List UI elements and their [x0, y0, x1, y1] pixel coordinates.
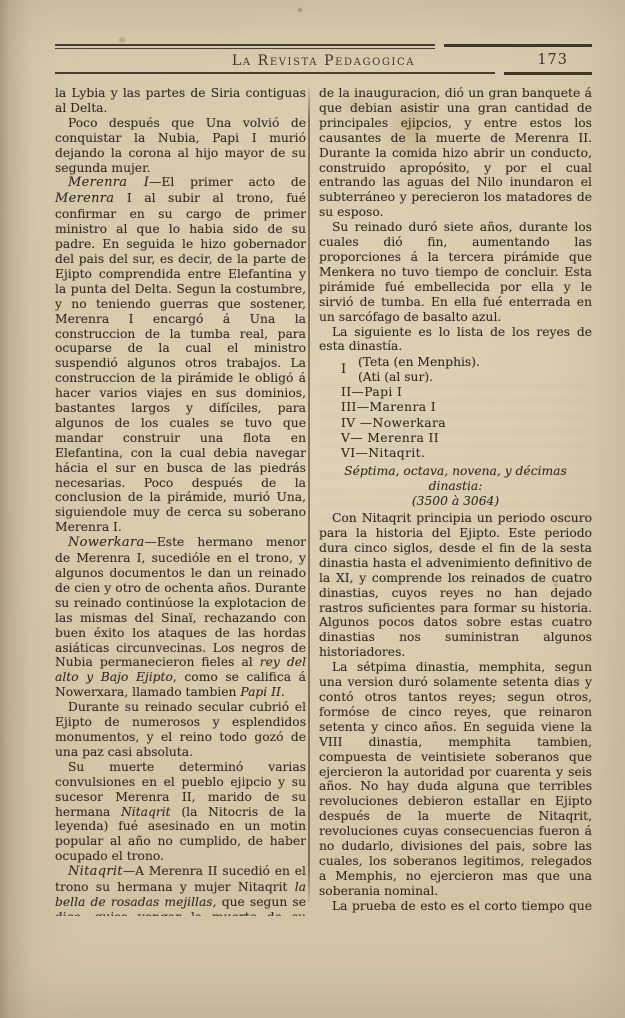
- king-list-item: II—Papi I: [341, 385, 592, 400]
- rule-segment: [55, 72, 495, 74]
- left-column: la Lybia y las partes de Siria contiguas…: [55, 86, 306, 916]
- rule-segment: [444, 44, 592, 48]
- paragraph: Durante su reinado secular cubrió el Eji…: [55, 700, 306, 760]
- paragraph: La prueba de esto es el corto tiempo que…: [319, 899, 592, 916]
- section-heading-line: Séptima, octava, novena, y décimas dinas…: [319, 464, 592, 494]
- paragraph: Poco después que Una volvió de conquista…: [55, 116, 306, 176]
- right-column: de la inauguracion, dió un gran banquete…: [319, 86, 592, 916]
- header-title-row: La Revista Pedagogica 173: [55, 50, 592, 72]
- section-heading: Séptima, octava, novena, y décimas dinas…: [319, 464, 592, 509]
- header-bottom-rule: [55, 72, 592, 75]
- header-top-rule: [55, 44, 592, 49]
- page-number: 173: [537, 52, 568, 68]
- king-name-line: (Teta (en Menphis).: [358, 355, 480, 370]
- king-list-item: IV —Nowerkara: [341, 416, 592, 431]
- paragraph: Con Nitaqrit principia un periodo oscuro…: [319, 511, 592, 660]
- paragraph: Su reinado duró siete años, durante los …: [319, 220, 592, 324]
- paragraph: Su muerte determinó varias convulsiones …: [55, 760, 306, 864]
- paragraph: de la inauguracion, dió un gran banquete…: [319, 86, 592, 220]
- page-header: La Revista Pedagogica 173: [55, 44, 592, 75]
- journal-title: La Revista Pedagogica: [232, 53, 415, 69]
- paragraph: la Lybia y las partes de Siria contiguas…: [55, 86, 306, 116]
- section-heading-line: (3500 à 3064): [319, 494, 592, 509]
- rule-segment: [55, 44, 435, 49]
- column-divider-rule: [308, 88, 310, 902]
- king-numeral: I: [341, 363, 358, 378]
- king-name-line: (Ati (al sur).: [358, 370, 480, 385]
- scanned-page: La Revista Pedagogica 173 la Lybia y las…: [0, 0, 625, 1018]
- king-list-item: V— Merenra II: [341, 431, 592, 446]
- king-list-item: III—Marenra I: [341, 400, 592, 415]
- paragraph: Merenra I—El primer acto de Merenra I al…: [55, 175, 306, 535]
- paragraph: La sétpima dinastia, memphita, segun una…: [319, 660, 592, 899]
- king-list-item: I (Teta (en Menphis). (Ati (al sur).: [341, 355, 592, 385]
- paragraph: La siguiente es lo lista de los reyes de…: [319, 325, 592, 355]
- dynasty-king-list: I (Teta (en Menphis). (Ati (al sur). II—…: [341, 355, 592, 461]
- paragraph: Nitaqrit—A Merenra II sucedió en el tron…: [55, 864, 306, 916]
- paragraph: Nowerkara—Este hermano menor de Merenra …: [55, 535, 306, 700]
- king-list-item: VI—Nitaqrit.: [341, 446, 592, 461]
- rule-segment: [504, 72, 592, 75]
- king-names: (Teta (en Menphis). (Ati (al sur).: [358, 355, 480, 385]
